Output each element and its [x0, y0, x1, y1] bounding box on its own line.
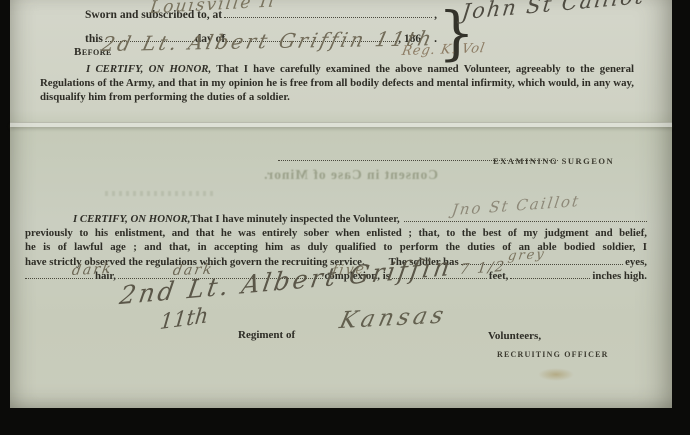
handwritten-hair-color: dark — [71, 261, 114, 279]
inches-label: inches high. — [592, 270, 647, 282]
recruiter-certify-line1: I CERTIFY, ON HONOR, That I have minutel… — [25, 212, 647, 225]
paper-stain — [538, 368, 574, 381]
this-label: this — [85, 33, 103, 45]
fold-crease — [10, 122, 672, 127]
certify-lead-1: I CERTIFY, ON HONOR, — [86, 63, 211, 75]
handwritten-eye-color: grey — [507, 247, 547, 264]
bleed-smudge — [105, 191, 217, 196]
inches-blank — [510, 269, 590, 279]
surgeon-certification-paragraph: I CERTIFY, ON HONOR, That I have careful… — [40, 62, 634, 105]
affiant-signature: John St Caillot — [461, 0, 647, 24]
scanned-document-page: Sworn and subscribed to, at , Louisville… — [0, 0, 690, 435]
regiment-of-label: Regiment of — [238, 329, 295, 341]
paper-sheet: Sworn and subscribed to, at , Louisville… — [10, 0, 672, 408]
eyes-label: eyes, — [625, 256, 647, 268]
volunteers-label: Volunteers, — [488, 330, 541, 342]
handwritten-officer-name: 2d Lt. Albert Griffin 11th — [99, 26, 437, 56]
handwritten-regiment-note: Reg. K. Vol — [401, 41, 487, 59]
examining-surgeon-label: EXAMINING SURGEON — [493, 156, 614, 166]
recruiter-certify-line2: previously to his enlistment, and that h… — [25, 227, 647, 239]
handwritten-regiment-state: Kansas — [337, 302, 450, 334]
recruiter-certify-line3: he is of lawful age ; and that, in accep… — [25, 241, 647, 253]
handwritten-regiment-number: 11th — [159, 303, 210, 334]
recruiting-officer-label: RECRUITING OFFICER — [497, 350, 609, 359]
handwritten-inches: 7 1/2 — [459, 259, 507, 278]
bleed-through-heading: Consent in Case of Minor. — [210, 167, 438, 183]
certify-body-2: That I have minutely inspected the Volun… — [191, 213, 400, 225]
certify-lead-2: I CERTIFY, ON HONOR, — [73, 213, 191, 225]
sworn-comma: , — [434, 9, 437, 21]
